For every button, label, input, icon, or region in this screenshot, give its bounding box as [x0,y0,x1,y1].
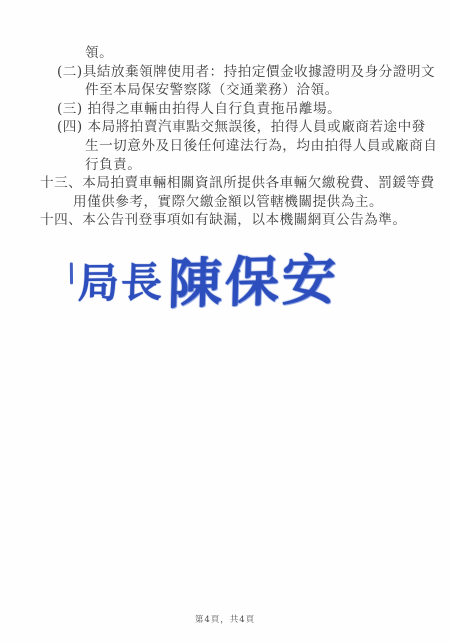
body-line: 用僅供參考，實際欠繳金額以管轄機關提供為主。 [73,193,426,212]
body-line: (二)具結放棄領牌使用者：持拍定價金收據證明及身分證明文 [57,63,426,82]
body-line: 件至本局保安警察隊（交通業務）洽領。 [85,81,426,100]
signature-edge-mark [70,262,73,284]
page-number-label: 第4頁，共4頁 [195,615,255,625]
body-line: (三) 拍得之車輛由拍得人自行負責拖吊離場。 [57,100,426,119]
body-line: 行負責。 [85,156,426,175]
document-page: 領。(二)具結放棄領牌使用者：持拍定價金收據證明及身分證明文件至本局保安警察隊（… [0,0,450,643]
body-line: 十三、本局拍賣車輛相關資訊所提供各車輛欠繳稅費、罰鍰等費 [40,174,426,193]
body-line: 生一切意外及日後任何違法行為，均由拍得人員或廠商自 [85,137,426,156]
body-line: (四) 本局將拍賣汽車點交無誤後，拍得人員或廠商若途中發 [57,118,426,137]
body-line: 領。 [85,44,426,63]
page-footer: 第4頁，共4頁 [0,613,450,625]
body-line: 十四、本公告刊登事項如有缺漏，以本機關網頁公告為準。 [40,211,426,230]
signature-name: 陳保安 [167,237,340,319]
body-text-block: 領。(二)具結放棄領牌使用者：持拍定價金收據證明及身分證明文件至本局保安警察隊（… [40,44,426,230]
signature-title: 局長 [77,249,164,309]
signature-block: 局長 陳保安 [70,239,340,319]
